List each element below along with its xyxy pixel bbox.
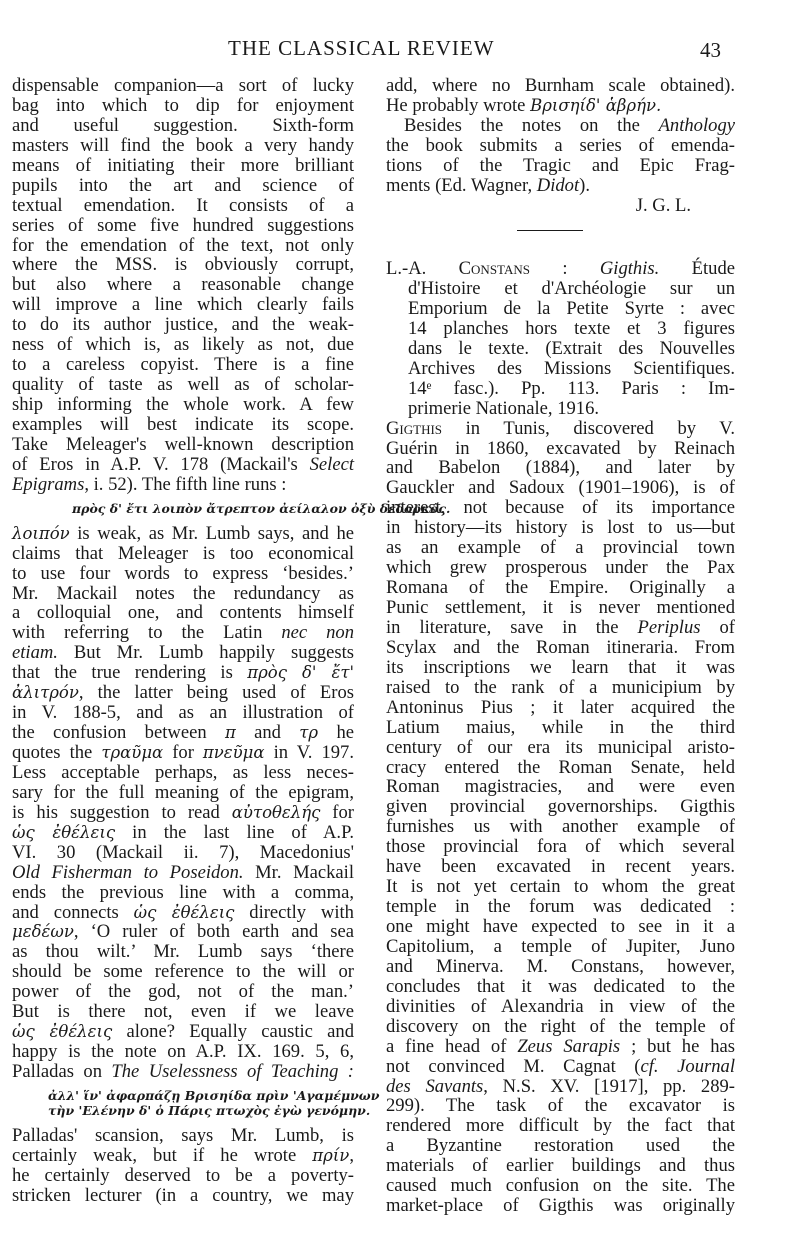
text-line: 299). The task of the excavator is [386,1096,735,1116]
text-line: temple in the forum was dedicated : [386,897,735,917]
text-line: have been excavated in recent years. [386,857,735,877]
greek-letter: π [225,723,236,742]
italic-name: Zeus Sarapis [517,1036,620,1057]
book-title: Gigthis. [600,258,659,279]
text-line: caused much confusion on the site. The [386,1176,735,1196]
paragraph: Palladas' scansion, says Mr. Lumb, is ce… [12,1126,354,1206]
text-span: in literature, save in the [386,617,637,638]
text-span: the confusion between [12,722,225,743]
text-line: in literature, save in the Periplus of [386,618,735,638]
text-span: is his suggestion to read [12,802,232,823]
text-span: for [320,802,354,823]
greek-letter: τρ [299,723,318,742]
text-span: in the last line of A.P. [115,822,354,843]
text-line: masters will find the book a very handy [12,136,354,156]
paragraph-continuation: add, where no Burnham scale obtained). H… [386,76,735,116]
paragraph-continuation: dispensable companion—a sort of lucky ba… [12,76,354,495]
text-span: Palladas on [12,1061,111,1082]
paragraph: Besides the notes on the Anthology the b… [386,116,735,196]
text-line: λοιπόν is weak, as Mr. Lumb says, and he [12,524,354,544]
text-span: for [163,742,203,763]
text-line: ὡς ἐθέλεις in the last line of A.P. [12,823,354,843]
text-line: ship informing the whole work. A few [12,395,354,415]
text-line: means of initiating their more brilliant [12,156,354,176]
text-span: a fine head of [386,1036,517,1057]
italic-title: Epigrams [12,474,84,495]
text-span: , N.S. XV. [1917], pp. 289- [483,1076,735,1097]
text-line: and Babelon (1884), and later by [386,458,735,478]
review-heading: L.-A. Constans : Gigthis. Étude d'Histoi… [386,259,735,419]
text-line: its inscriptions we learn that it was [386,658,735,678]
greek-word: ὡς ἐθέλεις [12,1022,112,1041]
text-line: a Byzantine restoration used the [386,1136,735,1156]
text-line: etiam. But Mr. Lumb happily suggests [12,643,354,663]
text-line: He probably wrote Βρισηίδ' ἁβρήν. [386,96,735,116]
text-line: furnishes us with another example of [386,817,735,837]
text-line: primerie Nationale, 1916. [386,399,735,419]
text-line: textual emendation. It consists of a [12,196,354,216]
greek-quotation-line: τὴν 'Ελένην δ' ὁ Πάρις πτωχὸς ἐγὼ γενόμη… [12,1103,354,1118]
text-span: directly with [234,902,354,923]
text-line: power of the god, not of the man.’ [12,982,354,1002]
text-line: quality of taste as well as of scholar- [12,375,354,395]
text-line: certainly weak, but if he wrote πρίν, [12,1146,354,1166]
text-line: ὡς ἐθέλεις alone? Equally caustic and [12,1022,354,1042]
text-line: with referring to the Latin nec non [12,623,354,643]
text-line: as thou wilt.’ Mr. Lumb says ‘there [12,942,354,962]
text-line: a fine head of Zeus Sarapis ; but he has [386,1037,735,1057]
text-span: of [701,617,736,638]
text-span: , i. 52). The fifth line runs : [84,474,286,495]
text-span: Étude [659,258,735,279]
text-span: , ‘O ruler of both earth and sea [74,921,354,942]
text-span: Besides the notes on the [404,115,659,136]
text-line: Take Meleager's well-known description [12,435,354,455]
text-span: in V. 197. [265,742,354,763]
text-line: But is there not, even if we leave [12,1002,354,1022]
text-line: happy is the note on A.P. IX. 169. 5, 6, [12,1042,354,1062]
greek-word: ἀλιτρόν [12,683,79,702]
text-line: Old Fisherman to Poseidon. Mr. Mackail [12,863,354,883]
text-line: he certainly deserved to be a poverty- [12,1166,354,1186]
text-line: the confusion between π and τρ he [12,723,354,743]
text-line: which grew prosperous under the Pax [386,558,735,578]
text-line: Besides the notes on the Anthology [386,116,735,136]
text-line: rendered more difficult by the fact that [386,1116,735,1136]
text-span: in Tunis, discovered by V. [442,418,735,439]
text-line: interest, not because of its importance [386,498,735,518]
text-line: in history—its history is lost to us—but [386,518,735,538]
text-line: Epigrams, i. 52). The fifth line runs : [12,475,354,495]
text-line: add, where no Burnham scale obtained). [386,76,735,96]
greek-word: τραῦμα [101,743,163,762]
text-line: one might have expected to see in it a [386,917,735,937]
text-line: Palladas' scansion, says Mr. Lumb, is [12,1126,354,1146]
text-line: Capitolium, a temple of Jupiter, Juno [386,937,735,957]
text-line: given provincial governorships. Gigthis [386,797,735,817]
text-line: raised to the rank of a municipium by [386,678,735,698]
text-line: Gauckler and Sadoux (1901–1906), is of [386,478,735,498]
greek-word: μεδέων [12,922,74,941]
text-line: L.-A. Constans : Gigthis. Étude [386,259,735,279]
text-line: of Eros in A.P. V. 178 (Mackail's Select [12,455,354,475]
text-line: century of our era its municipal aristo- [386,738,735,758]
text-line: dans le texte. (Extrait des Nouvelles [386,339,735,359]
text-line: stricken lecturer (in a country, we may [12,1186,354,1206]
text-line: is his suggestion to read αὐτοθελής for [12,803,354,823]
author-initials: L.-A. [386,258,459,279]
text-span: not convinced M. Cagnat ( [386,1056,641,1077]
text-line: Scylax and the Roman itineraria. From [386,638,735,658]
greek-word: ὡς ἐθέλεις [134,903,235,922]
latin-phrase: nec non [281,622,354,643]
text-line: and Minerva. M. Constans, however, [386,957,735,977]
text-line: but also where a reasonable change [12,275,354,295]
text-line: Emporium de la Petite Syrte : avec [386,299,735,319]
text-line: concludes that it was dedicated to the [386,977,735,997]
italic-title: Old Fisherman to Poseidon. [12,862,244,883]
text-line: 14 planches hors texte et 3 figures [386,319,735,339]
left-column: dispensable companion—a sort of lucky ba… [12,76,354,1206]
text-line: materials of earlier buildings and thus [386,1156,735,1176]
text-line: Romana of the Empire. Originally a [386,578,735,598]
text-span: and connects [12,902,134,923]
text-span: He probably wrote [386,95,530,116]
italic-title: Periplus [637,617,700,638]
text-line: μεδέων, ‘O ruler of both earth and sea [12,922,354,942]
right-column: add, where no Burnham scale obtained). H… [386,76,735,1216]
text-line: d'Histoire et d'Archéologie sur un [386,279,735,299]
text-line: to a careless copyist. There is a fine [12,355,354,375]
text-line: ments (Ed. Wagner, Didot). [386,176,735,196]
italic-title: The Uselessness of Teaching : [111,1061,354,1082]
greek-word: λοιπόν [12,524,70,543]
text-line: market-place of Gigthis was originally [386,1196,735,1216]
text-line: ἀλιτρόν, the latter being used of Eros [12,683,354,703]
text-line: pupils into the art and science of [12,176,354,196]
text-line: and useful suggestion. Sixth-form [12,116,354,136]
italic-citation: des Savants [386,1076,483,1097]
text-line: VI. 30 (Mackail ii. 7), Macedonius' [12,843,354,863]
text-span: quotes the [12,742,101,763]
greek-quotation: πρὸς δ' ἔτι λοιπὸν ἄτρεπτον ἀείλαλον ὀξὺ… [12,501,354,516]
italic-title: Didot [537,175,579,196]
greek-quotation-line: ἀλλ' ἵν' ἀφαρπάζῃ Βρισηίδα πρὶν 'Αγαμέμν… [12,1088,354,1103]
text-line: to do its author justice, and the weak- [12,315,354,335]
latin-phrase: etiam. [12,642,58,663]
text-line: cracy entered the Roman Senate, held [386,758,735,778]
text-span: alone? Equally caustic and [112,1021,354,1042]
text-line: in V. 188-5, and as an illustration of [12,703,354,723]
text-span: ments (Ed. Wagner, [386,175,537,196]
greek-word: πρίν [312,1146,349,1165]
text-span: certainly weak, but if he wrote [12,1145,312,1166]
text-line: Gigthis in Tunis, discovered by V. [386,419,735,439]
text-line: quotes the τραῦμα for πνεῦμα in V. 197. [12,743,354,763]
text-line: the book submits a series of emenda- [386,136,735,156]
text-span: Mr. Mackail [244,862,354,883]
greek-word: αὐτοθελής [232,803,321,822]
text-line: Punic settlement, it is never mentioned [386,598,735,618]
text-line: It is not yet certain to whom the great [386,877,735,897]
text-line: dispensable companion—a sort of lucky [12,76,354,96]
running-title: THE CLASSICAL REVIEW [228,36,495,61]
text-line: to use four words to express ‘besides.’ [12,564,354,584]
text-line: 14ᵉ fasc.). Pp. 113. Paris : Im- [386,379,735,399]
text-span: that the true rendering is [12,662,247,683]
text-line: a colloquial one, and contents himself [12,603,354,623]
section-separator-rule [517,230,583,232]
text-line: bag into which to dip for enjoyment [12,96,354,116]
text-line: ends the previous line with a comma, [12,883,354,903]
italic-citation: cf. Journal [641,1056,735,1077]
text-line: sary for the full meaning of the epigram… [12,783,354,803]
text-line: those provincial fora of which several [386,837,735,857]
text-span: ). [579,175,590,196]
text-line: Guérin in 1860, excavated by Reinach [386,439,735,459]
text-line: examples will best indicate its scope. [12,415,354,435]
text-line: Archives des Missions Scientifiques. [386,359,735,379]
text-line: and connects ὡς ἐθέλεις directly with [12,903,354,923]
text-span: of Eros in A.P. V. 178 (Mackail's [12,454,310,475]
text-line: not convinced M. Cagnat (cf. Journal [386,1057,735,1077]
text-line: Latium maius, while in the third [386,718,735,738]
paragraph: λοιπόν is weak, as Mr. Lumb says, and he… [12,524,354,1082]
text-span: he [318,722,354,743]
text-span: ; but he has [620,1036,735,1057]
review-body: Gigthis in Tunis, discovered by V. Guéri… [386,419,735,1217]
text-line: will improve a line which clearly fails [12,295,354,315]
text-line: discovery on the right of the temple of [386,1017,735,1037]
page-number: 43 [700,38,721,63]
text-line: Antoninus Pius ; it later acquired the [386,698,735,718]
place-name: Gigthis [386,418,442,439]
text-line: Palladas on The Uselessness of Teaching … [12,1062,354,1082]
text-span: , the latter being used of Eros [79,682,354,703]
reviewer-signature: J. G. L. [386,196,735,216]
text-line: series of some five hundred suggestions [12,216,354,236]
page-header: THE CLASSICAL REVIEW 43 [0,36,800,64]
text-line: where the MSS. is obviously corrupt, [12,255,354,275]
greek-word: Βρισηίδ' ἁβρήν. [530,96,661,115]
text-span: is weak, as Mr. Lumb says, and he [70,523,354,544]
greek-word: ὡς ἐθέλεις [12,823,115,842]
text-line: Roman magistracies, and were even [386,777,735,797]
text-line: should be some reference to the will or [12,962,354,982]
text-line: des Savants, N.S. XV. [1917], pp. 289- [386,1077,735,1097]
greek-word: πνεῦμα [203,743,265,762]
greek-word: πρὸς δ' ἔτ' [247,663,354,682]
text-line: Mr. Mackail notes the redundancy as [12,584,354,604]
text-line: tions of the Tragic and Epic Frag- [386,156,735,176]
text-span: and [236,722,299,743]
text-span: But Mr. Lumb happily suggests [58,642,354,663]
text-span: , [349,1145,354,1166]
italic-title: Select [310,454,354,475]
italic-title: Anthology [659,115,735,136]
text-line: ness of which is, as likely as not, due [12,335,354,355]
text-line: for the emendation of the text, not only [12,236,354,256]
text-line: claims that Meleager is too economical [12,544,354,564]
text-line: as an example of a provincial town [386,538,735,558]
author-name: Constans [459,258,530,279]
text-line: Less acceptable perhaps, as less neces- [12,763,354,783]
text-line: divinities of Alexandria in view of the [386,997,735,1017]
text-span: with referring to the Latin [12,622,281,643]
text-line: that the true rendering is πρὸς δ' ἔτ' [12,663,354,683]
text-span: : [530,258,600,279]
